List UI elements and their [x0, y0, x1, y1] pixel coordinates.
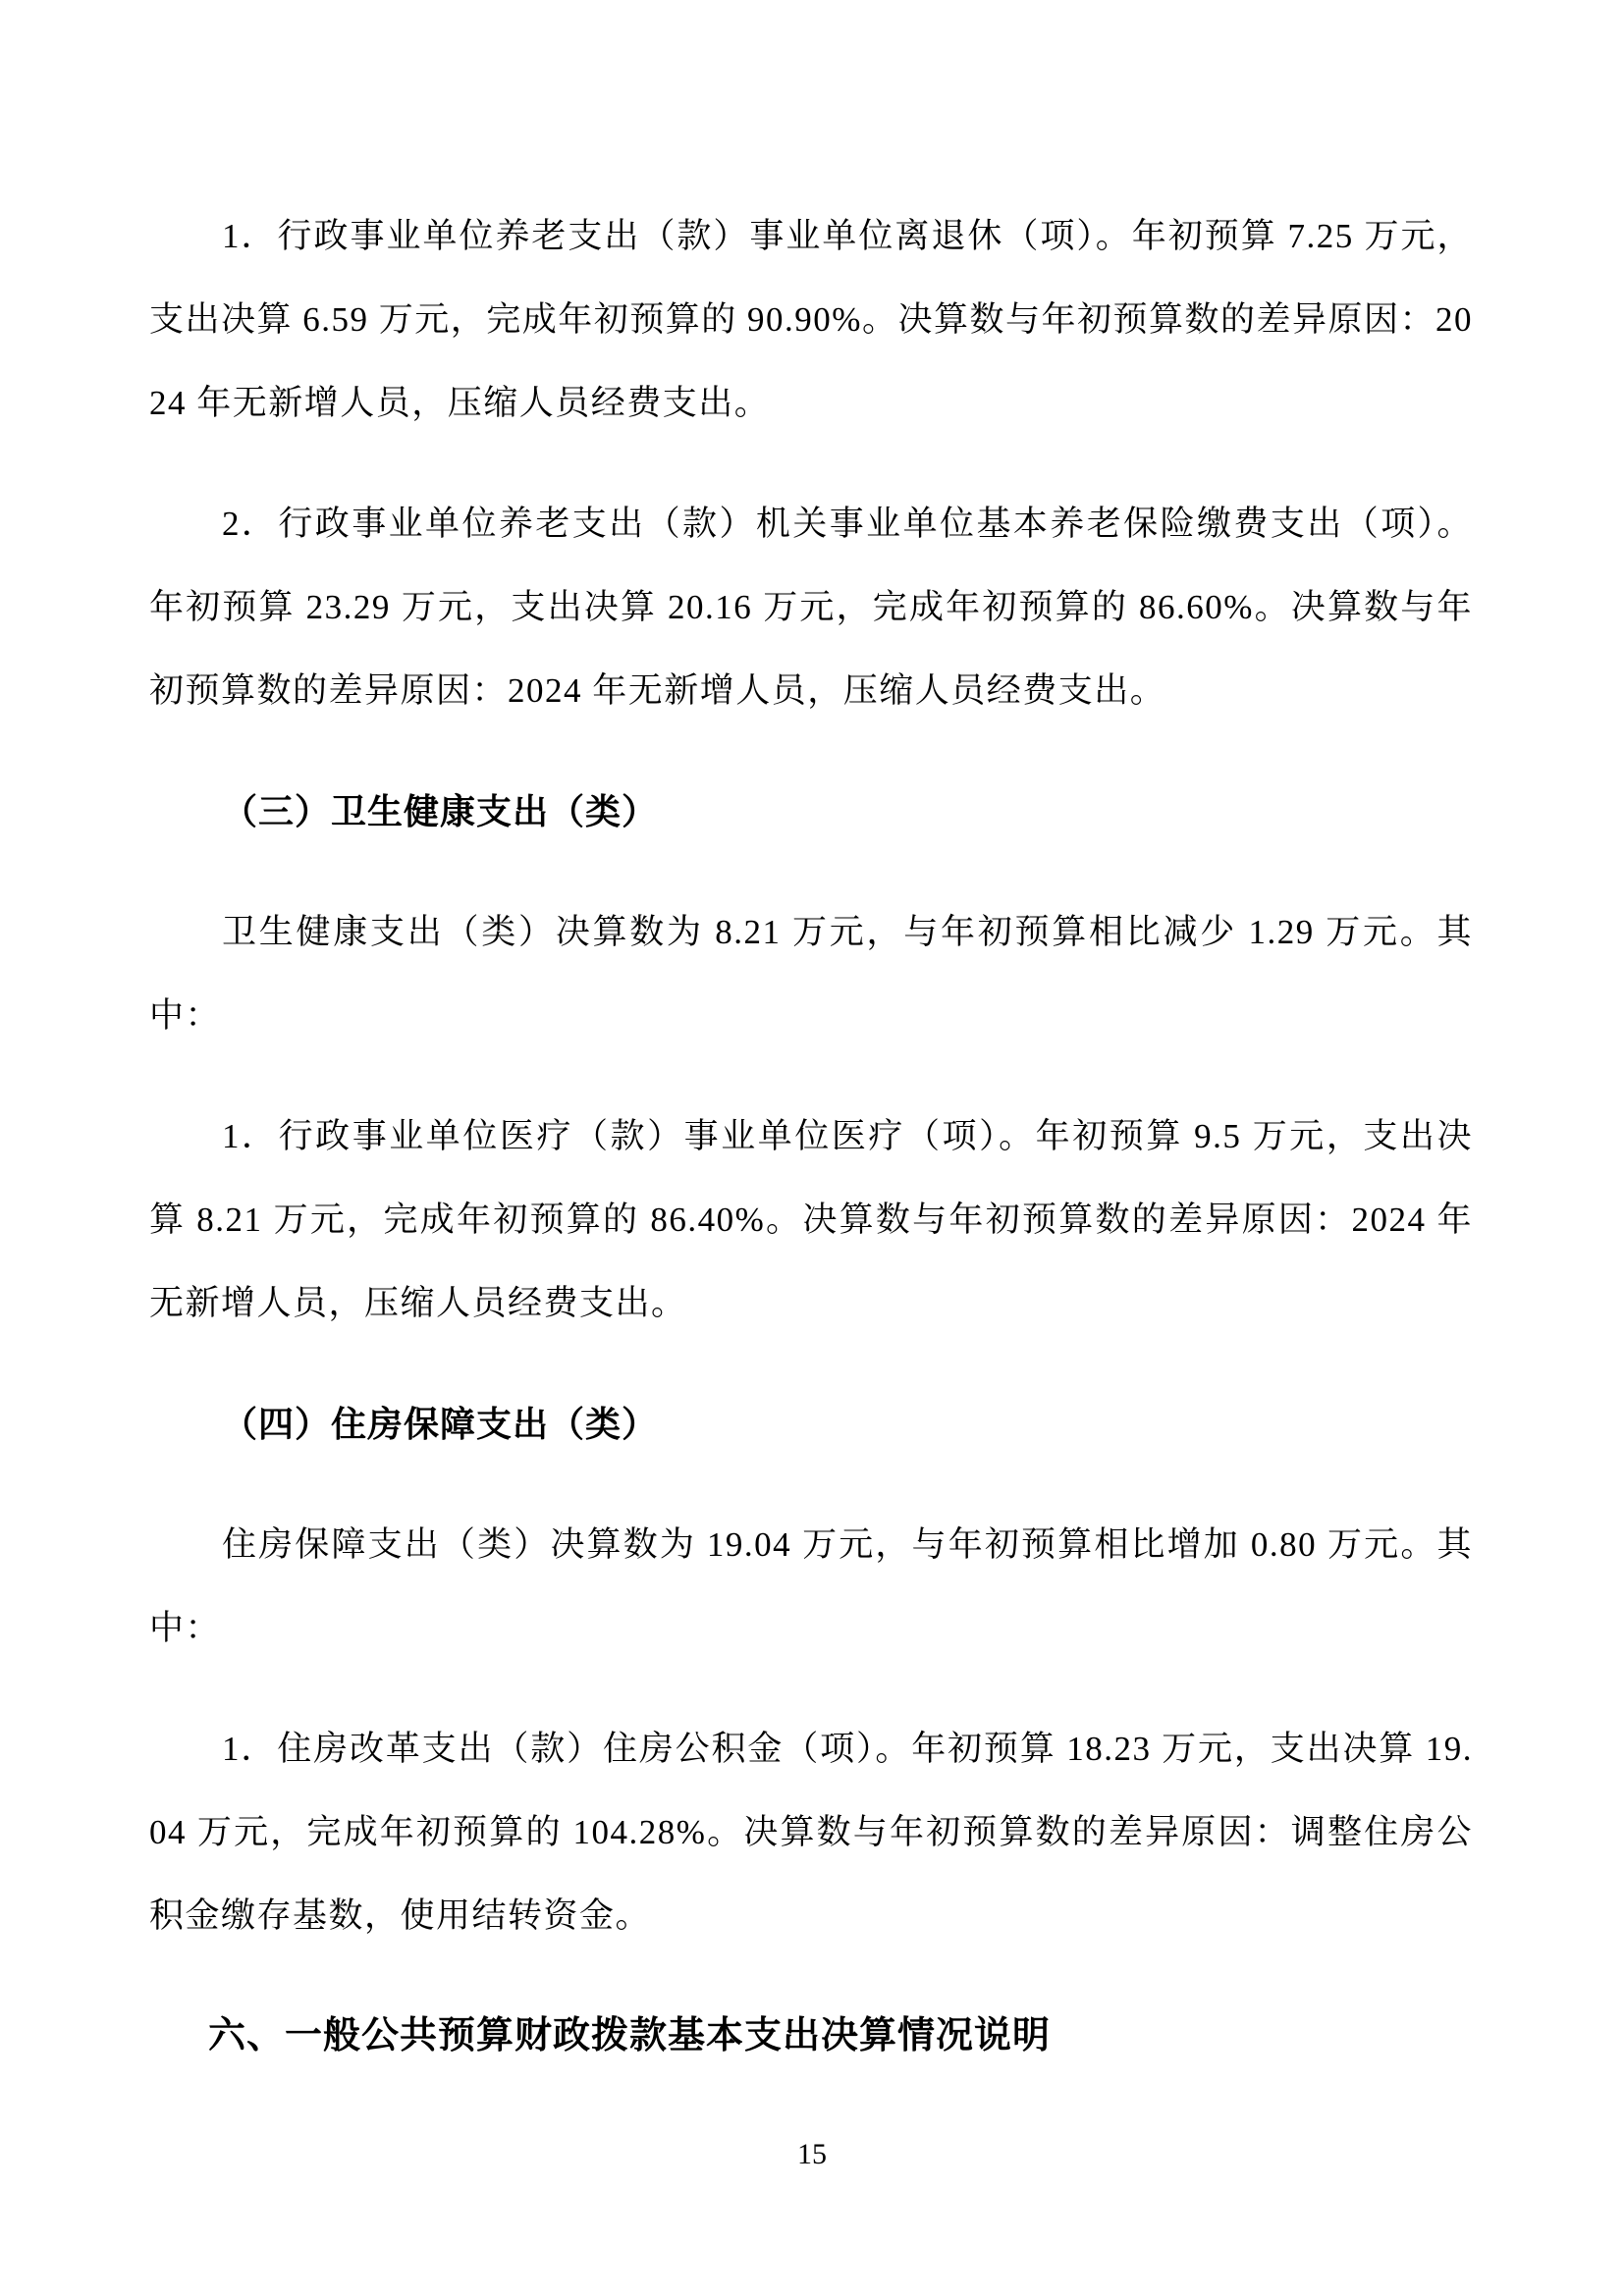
page-footer: 15 [0, 2138, 1624, 2171]
section-heading-health-expenditure: （三）卫生健康支出（类） [149, 770, 1473, 853]
paragraph-pension-insurance: 2．行政事业单位养老支出（款）机关事业单位基本养老保险缴费支出（项）。年初预算 … [149, 482, 1473, 732]
paragraph-housing-fund-item: 1．住房改革支出（款）住房公积金（项）。年初预算 18.23 万元，支出决算 1… [149, 1707, 1473, 1957]
page-content: 1．行政事业单位养老支出（款）事业单位离退休（项）。年初预算 7.25 万元，支… [149, 194, 1473, 2078]
document-page: 1．行政事业单位养老支出（款）事业单位离退休（项）。年初预算 7.25 万元，支… [0, 0, 1624, 2296]
paragraph-medical-item: 1．行政事业单位医疗（款）事业单位医疗（项）。年初预算 9.5 万元，支出决算 … [149, 1095, 1473, 1345]
chapter-heading-basic-expenditure: 六、一般公共预算财政拨款基本支出决算情况说明 [149, 1995, 1473, 2078]
paragraph-housing-summary: 住房保障支出（类）决算数为 19.04 万元，与年初预算相比增加 0.80 万元… [149, 1503, 1473, 1670]
paragraph-pension-retiree: 1．行政事业单位养老支出（款）事业单位离退休（项）。年初预算 7.25 万元，支… [149, 194, 1473, 445]
section-heading-housing-expenditure: （四）住房保障支出（类） [149, 1382, 1473, 1466]
paragraph-health-summary: 卫生健康支出（类）决算数为 8.21 万元，与年初预算相比减少 1.29 万元。… [149, 890, 1473, 1057]
page-number: 15 [797, 2138, 827, 2170]
